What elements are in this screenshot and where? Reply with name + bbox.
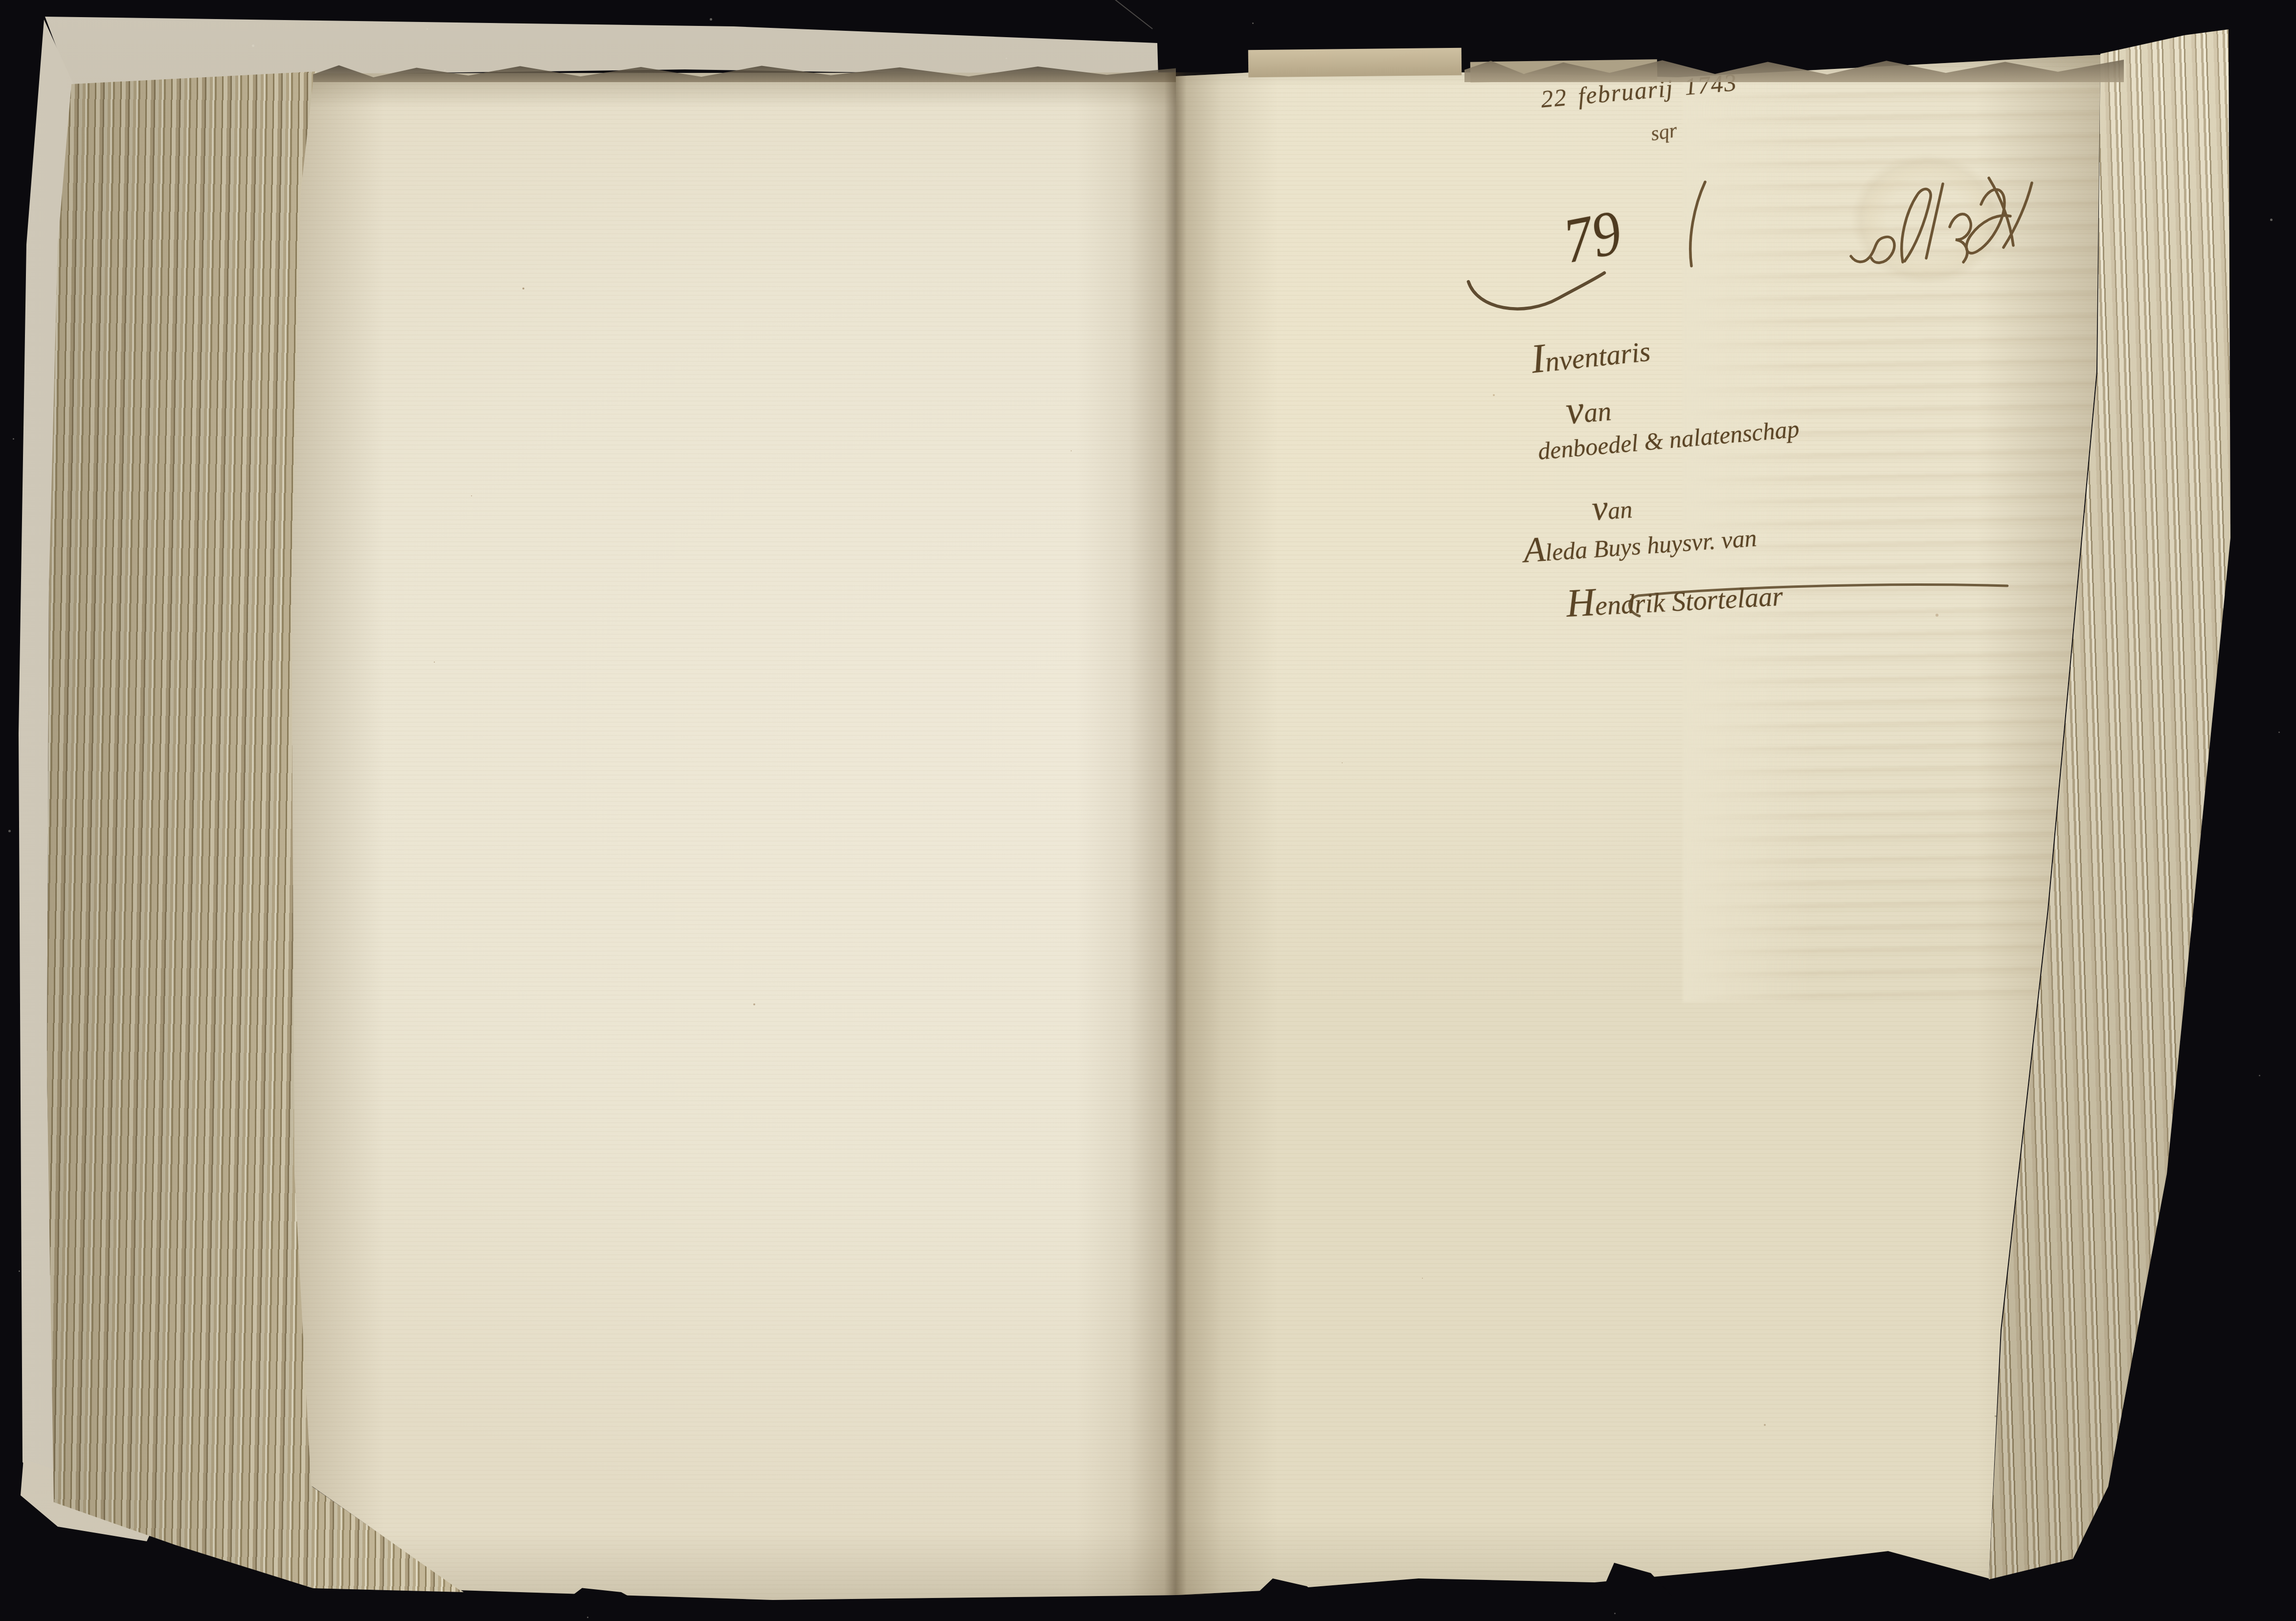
- folio-number: 79: [1558, 200, 1626, 274]
- title-line: Inventaris: [1529, 327, 1652, 380]
- top-edge-page-block: [1248, 48, 1462, 78]
- secondary-annotation: sqr: [1649, 120, 1679, 145]
- signature-flourish: [1679, 170, 2031, 285]
- manuscript-scan: 22 februarij 1743 sqr 79 Inventaris van …: [0, 0, 2296, 1621]
- gutter-shadow: [1129, 72, 1222, 1595]
- foxing-specks: [0, 0, 2, 2]
- title-line: van: [1591, 488, 1633, 526]
- underline-flourish: [1623, 571, 2014, 620]
- folio-underline-flourish: [1463, 268, 1610, 327]
- left-page-shading: [292, 71, 384, 1597]
- title-line: van: [1564, 387, 1613, 431]
- fiber-hair: [1102, 0, 1153, 29]
